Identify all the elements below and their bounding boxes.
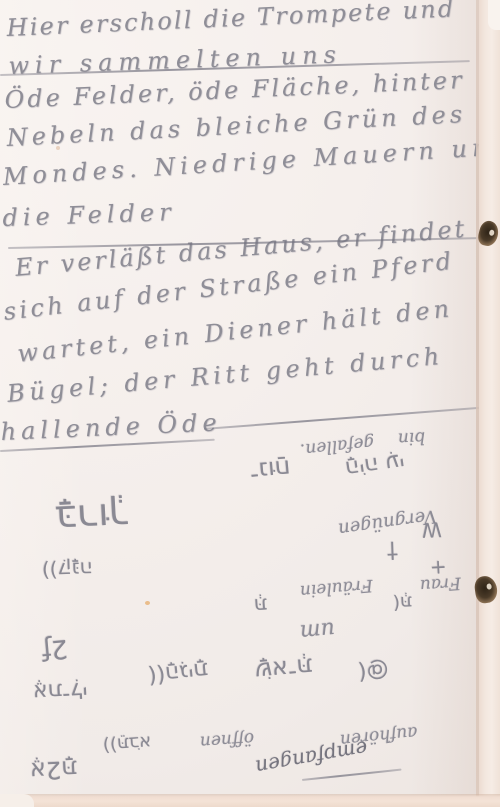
inverted-glyph-cluster: 2ƒ bbox=[41, 633, 69, 665]
inverted-glyph-cluster: ־נוּחַ bbox=[249, 454, 292, 485]
inverted-glyph-cluster: † bbox=[387, 538, 399, 563]
inverted-glyph-cluster: @( bbox=[357, 657, 390, 685]
inverted-glyph-cluster: שָׂא־תְּ bbox=[254, 653, 314, 686]
inverted-glyph-cluster: אֶת־לִי bbox=[32, 677, 88, 705]
inverted-word: um bbox=[299, 617, 336, 645]
adjacent-page-edge bbox=[479, 0, 500, 807]
inverted-word: bin bbox=[397, 427, 425, 448]
inverted-glyph-cluster: תֵּבֹא)) bbox=[102, 731, 152, 755]
inverted-glyph-cluster: בָּרוּךְ bbox=[54, 494, 130, 542]
inverted-glyph-cluster: קִנָּה)) bbox=[42, 557, 94, 583]
inverted-word: öffnen bbox=[199, 728, 255, 752]
inverted-glyph-cluster: תְּ bbox=[253, 594, 268, 619]
inverted-glyph-cluster: תְּ( bbox=[392, 592, 412, 614]
inverted-glyph-cluster: + bbox=[429, 556, 447, 581]
paper-speck bbox=[56, 146, 60, 150]
bottom-page-edges bbox=[0, 794, 500, 807]
inverted-glyph-cluster: אֶ2תָּ bbox=[29, 755, 78, 785]
paper-speck bbox=[145, 601, 150, 605]
notebook-page: Hier erscholl die Trompete undwir sammel… bbox=[0, 0, 500, 807]
inverted-glyph-cluster: W bbox=[422, 518, 443, 543]
